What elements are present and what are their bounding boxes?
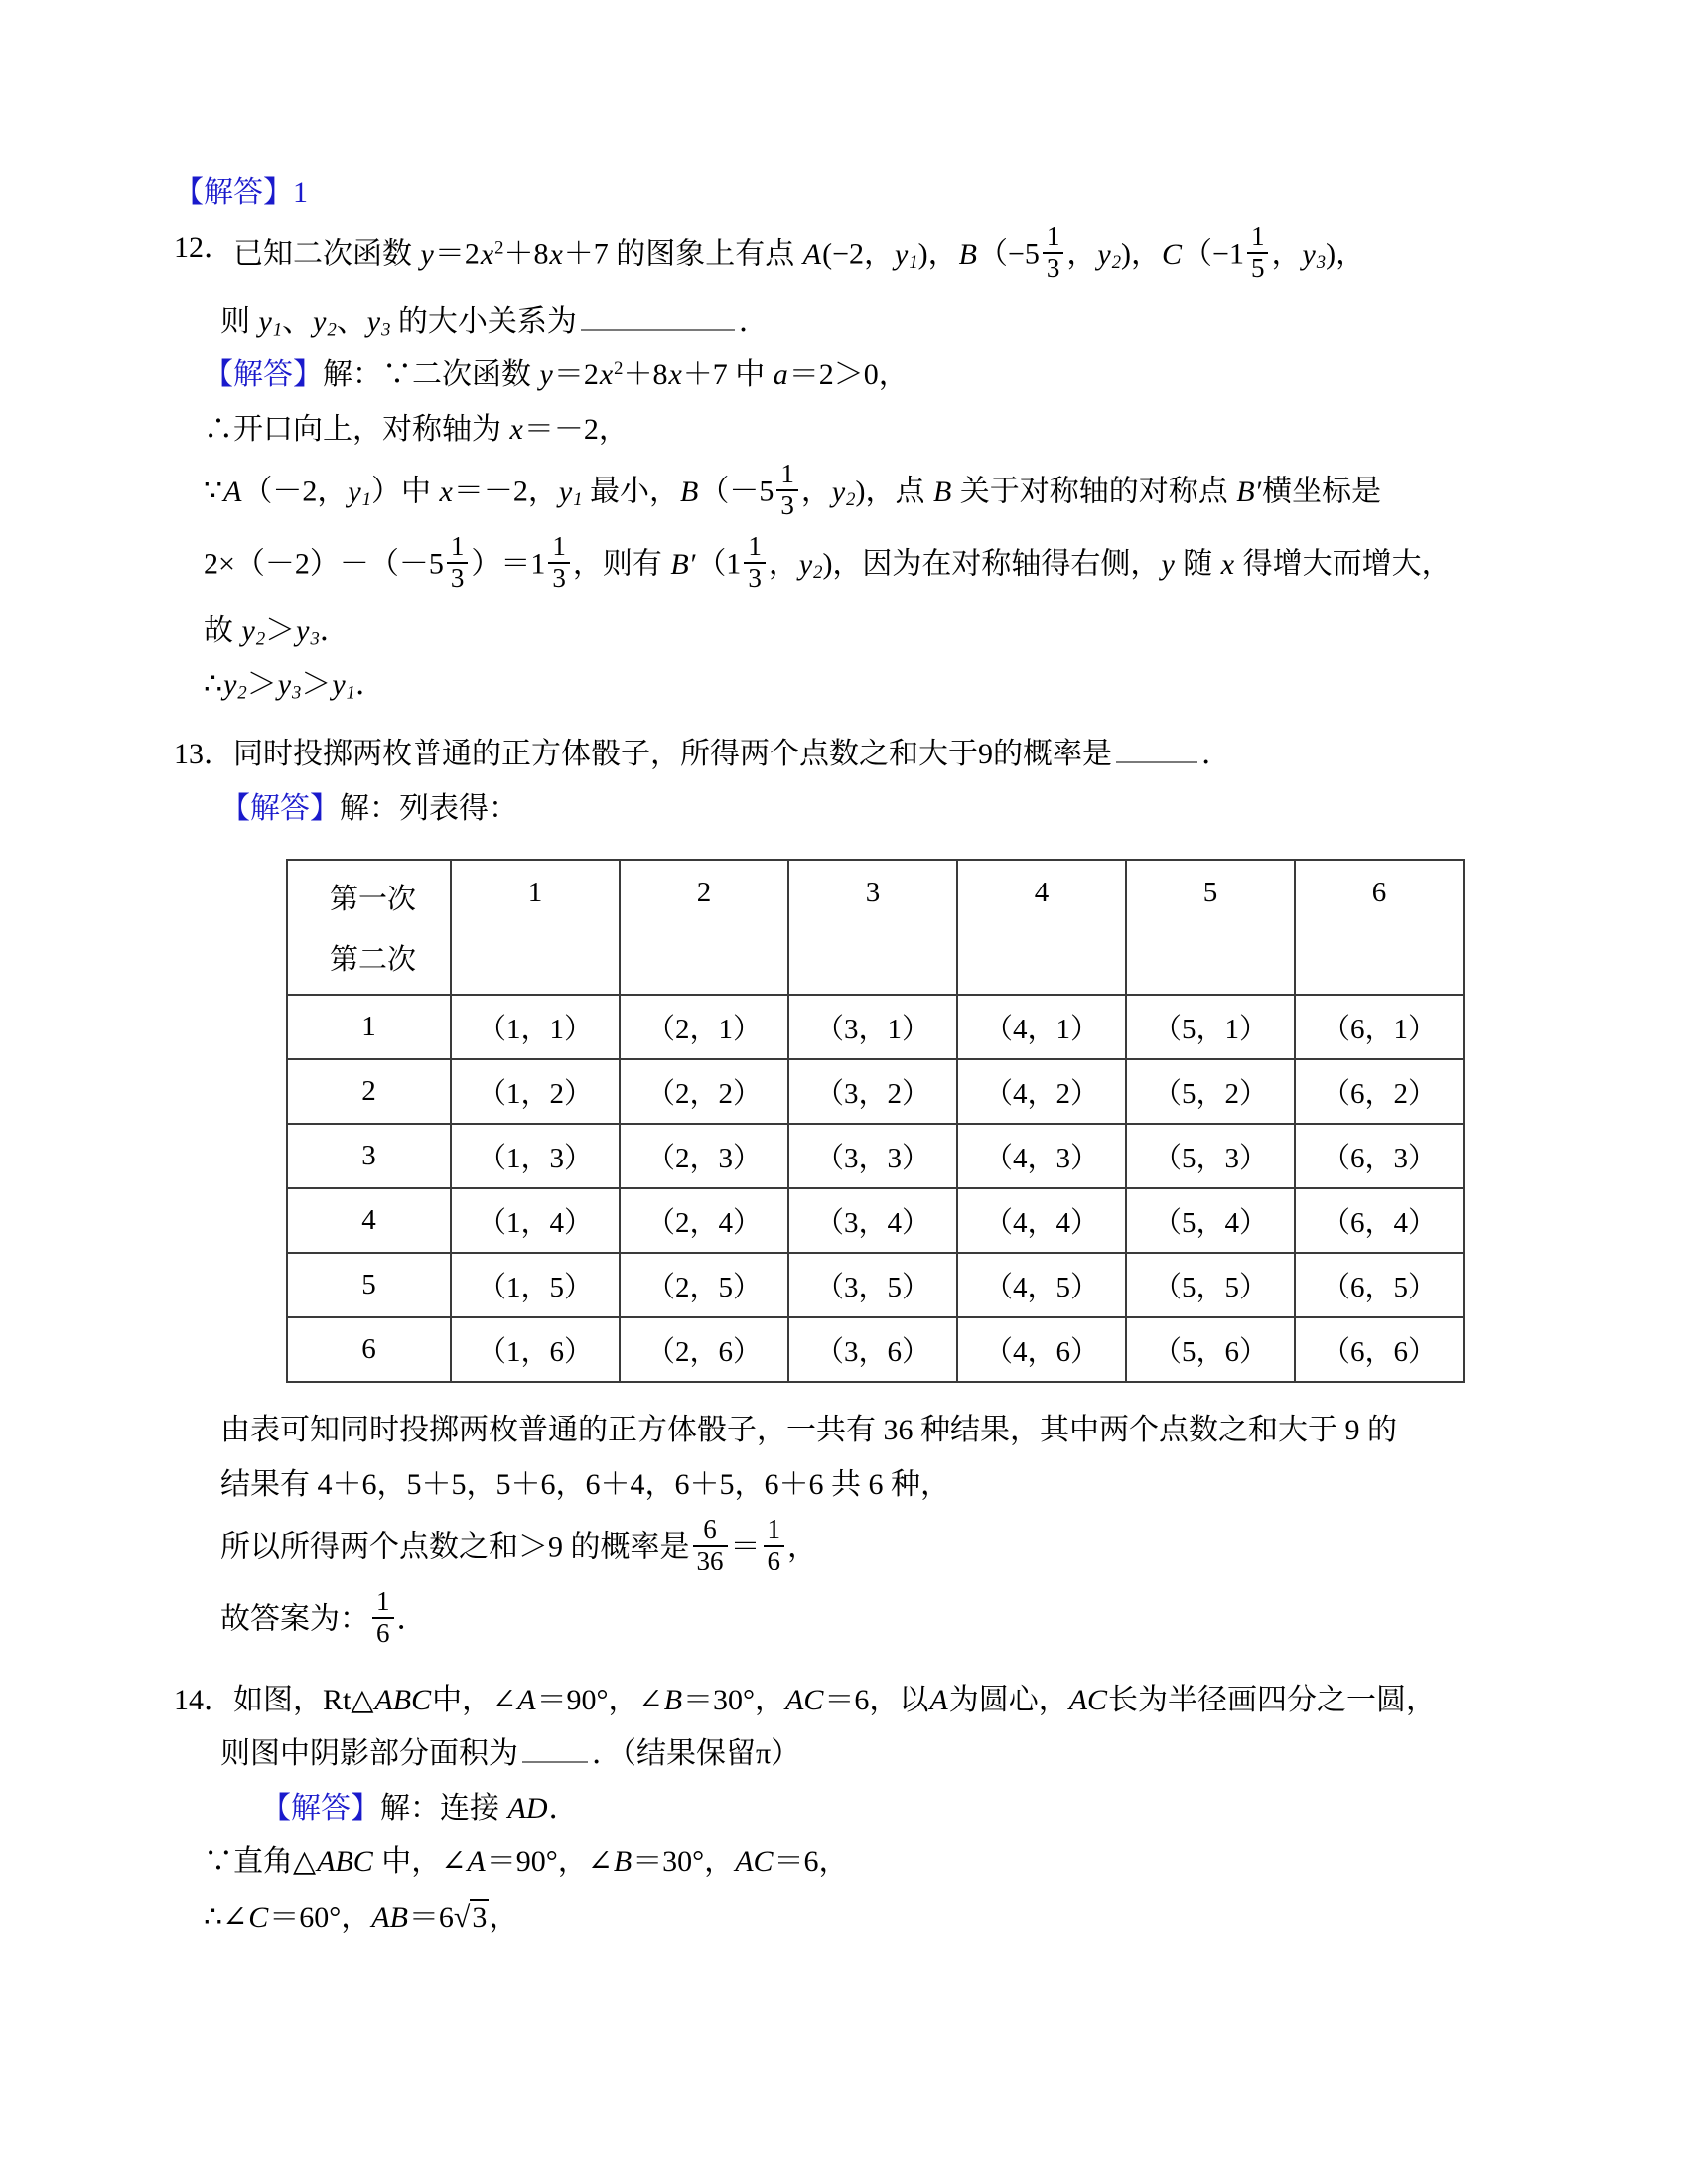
math-variable: x [599,358,614,391]
answer-header: 【解答】1 [174,171,1539,214]
text-run: ＝2 [554,358,599,391]
subscript: 1 [273,319,282,340]
table-col-header: 1 [451,860,620,995]
text-run: ， [787,1531,817,1564]
text-run: ）＝1 [471,548,545,581]
math-variable: y [1096,238,1111,271]
math-variable: x [667,358,682,391]
fraction: 636 [693,1515,728,1575]
fraction-denominator: 5 [1247,254,1269,284]
text-run: 横坐标是 [1262,476,1381,508]
math-variable: B′ [1235,476,1262,508]
table-cell: （3，5） [788,1253,957,1317]
table-cell: （4，3） [957,1124,1126,1188]
table-corner-inner: 第一次第二次 [288,861,450,994]
table-cell: （6，1） [1295,995,1464,1059]
text-line: 13．同时投掷两枚普通的正方体骰子，所得两个点数之和大于9的概率是． [174,733,1539,776]
fraction-denominator: 3 [548,564,570,594]
subscript: 2 [237,683,246,704]
text-run: ＝6 [409,1901,454,1934]
table-cell: （1，3） [451,1124,620,1188]
text-run: )， [1121,238,1161,271]
math-variable: x [439,476,454,508]
table-cell: （6，3） [1295,1124,1464,1188]
text-run: 长为半径画四分之一圆， [1108,1684,1436,1716]
math-variable: y [241,614,256,647]
subscript: 1 [573,489,582,510]
text-line: 所以所得两个点数之和＞9 的概率是636＝16， [174,1519,1539,1579]
line-body: 同时投掷两枚普通的正方体骰子，所得两个点数之和大于9的概率是． [233,733,1539,776]
math-variable: AC [734,1845,774,1878]
math-variable: A [466,1845,486,1878]
text-run: ＞ [301,668,331,701]
question-13: 13．同时投掷两枚普通的正方体骰子，所得两个点数之和大于9的概率是．【解答】解：… [174,733,1539,1652]
math-variable: A [802,238,822,271]
fraction-numerator: 1 [447,532,469,564]
text-line: ∴∠C＝60°，AB＝6√3， [174,1896,1539,1940]
corner-label-second-throw: 第二次 [330,937,450,978]
question-12: 12．已知二次函数 y＝2x2＋8x＋7 的图象上有点 A(−2，y1)，B（−… [174,226,1539,707]
math-variable: B [613,1845,633,1878]
text-run: ∵ [204,476,222,508]
text-run: ＝30°， [633,1845,734,1878]
solution-label: 【解答】 [204,358,323,391]
math-variable: B′ [669,548,696,581]
question-number: 13． [174,733,233,776]
math-variable: y [1301,238,1316,271]
text-line: 故答案为：16． [174,1591,1539,1652]
subscript: 3 [381,319,390,340]
answer-header-value: 1 [293,176,308,208]
table-cell: （4，4） [957,1188,1126,1253]
dice-outcome-table: 第一次第二次1234561（1，1）（2，1）（3，1）（4，1）（5，1）（6… [286,859,1465,1383]
math-variable: y [295,614,310,647]
fraction-numerator: 6 [693,1515,728,1547]
text-run: 中，∠ [432,1684,516,1716]
text-run: ＋7 的图象上有点 [564,238,802,271]
text-run: )，因为在对称轴得右侧， [822,548,1160,581]
table-row: 1（1，1）（2，1）（3，1）（4，1）（5，1）（6，1） [287,995,1464,1059]
subscript: 3 [310,628,319,649]
fraction-numerator: 1 [776,460,798,491]
question-14: 14．如图，Rt△ABC中，∠A＝90°，∠B＝30°，AC＝6，以A为圆心，A… [174,1679,1539,1941]
line-body: 已知二次函数 y＝2x2＋8x＋7 的图象上有点 A(−2，y1)，B（−513… [233,226,1539,287]
math-variable: y [366,305,381,338]
table-cell: （1，5） [451,1253,620,1317]
fraction-numerator: 1 [1247,222,1269,254]
text-run: ＝90°，∠ [537,1684,663,1716]
table-cell: （4，5） [957,1253,1126,1317]
fraction-denominator: 3 [447,564,469,594]
table-cell: （4，1） [957,995,1126,1059]
table-cell: （1，1） [451,995,620,1059]
math-variable: y [347,476,361,508]
text-line: ∴开口向上，对称轴为 x＝－2， [174,408,1539,452]
table-col-header: 6 [1295,860,1464,995]
text-run: 解：列表得： [340,792,518,825]
table-cell: （5，2） [1126,1059,1295,1124]
text-run: )， [918,238,958,271]
table-col-header: 2 [620,860,788,995]
text-run: ＝6，以 [824,1684,928,1716]
document-page: 【解答】1 12．已知二次函数 y＝2x2＋8x＋7 的图象上有点 A(−2，y… [0,0,1688,2184]
table-cell: （5，5） [1126,1253,1295,1317]
text-run: ＝90°，∠ [487,1845,613,1878]
table-row-header: 1 [287,995,451,1059]
table-cell: （2，5） [620,1253,788,1317]
text-run: （−1 [1183,238,1244,271]
text-run: 同时投掷两枚普通的正方体骰子，所得两个点数之和大于9的概率是 [233,738,1112,770]
text-run: )，点 [855,476,932,508]
answer-blank [522,1759,588,1763]
math-variable: a [773,358,789,391]
text-run: ＋8 [623,358,667,391]
table-cell: （2，3） [620,1124,788,1188]
math-variable: y [258,305,273,338]
text-run: ＝－2， [454,476,558,508]
text-run: ＝－2， [524,413,629,446]
fraction: 13 [1043,222,1064,283]
text-run: 最小， [583,476,680,508]
text-line: 故 y2＞y3． [174,610,1539,653]
math-variable: ABC [316,1845,374,1878]
fraction: 15 [1247,222,1269,283]
text-run: ＞ [247,668,277,701]
table-row: 5（1，5）（2，5）（3，5）（4，5）（5，5）（6，5） [287,1253,1464,1317]
text-run: ， [1066,238,1096,271]
question-13-statement: 13．同时投掷两枚普通的正方体骰子，所得两个点数之和大于9的概率是．【解答】解：… [174,733,1539,831]
text-run: ∴ [204,668,222,701]
math-variable: A [222,476,242,508]
text-run: 、 [337,305,366,338]
math-variable: y [1160,548,1175,581]
text-line: 由表可知同时投掷两枚普通的正方体骰子，一共有 36 种结果，其中两个点数之和大于… [174,1409,1539,1452]
fraction: 13 [548,532,570,593]
table-row-header: 5 [287,1253,451,1317]
table-cell: （5，6） [1126,1317,1295,1382]
text-run: ． [320,614,350,647]
text-run: 如图，Rt△ [233,1684,373,1716]
math-variable: x [548,238,563,271]
text-run: 关于对称轴的对称点 [952,476,1235,508]
subscript: 1 [909,253,917,274]
text-run: （−5 [978,238,1040,271]
math-variable: C [1161,238,1183,271]
text-run: 故 [204,614,241,647]
solution-label: 【解答】 [261,1792,380,1825]
text-run: ＋7 中 [683,358,773,391]
table-body: 1（1，1）（2，1）（3，1）（4，1）（5，1）（6，1）2（1，2）（2，… [287,995,1464,1382]
text-run: ． [549,1792,579,1825]
fraction-denominator: 6 [764,1547,785,1576]
text-line: ∴y2＞y3＞y1． [174,663,1539,707]
text-run: 则图中阴影部分面积为 [220,1737,518,1770]
math-variable: x [480,238,494,271]
math-variable: B [958,238,978,271]
question-number: 14． [174,1679,233,1722]
text-run: 、 [282,305,312,338]
text-run: 由表可知同时投掷两枚普通的正方体骰子，一共有 36 种结果，其中两个点数之和大于… [220,1414,1397,1446]
text-run: )， [1326,238,1365,271]
table-col-header: 4 [957,860,1126,995]
subscript: 1 [347,683,355,704]
fraction-numerator: 1 [1043,222,1064,254]
fraction-numerator: 1 [764,1515,785,1547]
dice-outcome-table-wrap: 第一次第二次1234561（1，1）（2，1）（3，1）（4，1）（5，1）（6… [174,859,1539,1383]
answer-header-label: 【解答】 [174,176,293,208]
text-run: ＝60°， [269,1901,370,1934]
text-run: ， [801,476,831,508]
fraction-numerator: 1 [372,1587,394,1619]
subscript: 3 [1317,253,1326,274]
math-variable: y [558,476,573,508]
text-run: 中，∠ [374,1845,467,1878]
text-run: ． [355,668,385,701]
math-variable: y [831,476,846,508]
fraction: 13 [776,460,798,520]
text-run: ＞ [265,614,295,647]
math-variable: y [539,358,554,391]
text-run: ， [769,548,798,581]
text-run: ＝2 [435,238,480,271]
text-run: （1 [696,548,741,581]
table-row: 6（1，6）（2，6）（3，6）（4，6）（5，6）（6，6） [287,1317,1464,1382]
text-run: ＝2＞0， [789,358,909,391]
text-run: 得增大而增大， [1235,548,1452,581]
math-variable: y [312,305,327,338]
text-run: 则 [220,305,258,338]
subscript: 1 [362,489,371,510]
text-run: ）中 [371,476,439,508]
text-run: （－2， [242,476,347,508]
text-run: ，则有 [573,548,670,581]
math-variable: B [663,1684,683,1716]
text-line: 12．已知二次函数 y＝2x2＋8x＋7 的图象上有点 A(−2，y1)，B（−… [174,226,1539,287]
text-run: (−2， [822,238,894,271]
fraction-denominator: 36 [693,1547,728,1576]
table-cell: （1，6） [451,1317,620,1382]
fraction-numerator: 1 [744,532,766,564]
text-run: （－5 [699,476,774,508]
solution-label: 【解答】 [220,792,340,825]
fraction: 16 [764,1515,785,1575]
math-variable: AC [1068,1684,1108,1716]
fraction-denominator: 6 [372,1619,394,1649]
text-run: ， [489,1901,518,1934]
text-line: 【解答】解：列表得： [174,787,1539,831]
text-run: ＋8 [503,238,548,271]
math-variable: A [516,1684,536,1716]
subscript: 2 [1112,253,1121,274]
text-run: 为圆心， [949,1684,1068,1716]
text-run: ＝ [731,1531,761,1564]
table-cell: （4，6） [957,1317,1126,1382]
fraction-denominator: 3 [744,564,766,594]
math-variable: x [1220,548,1235,581]
text-run: ．（结果保留π） [592,1737,800,1770]
math-variable: B [932,476,952,508]
table-col-header: 3 [788,860,957,995]
text-line: ∵直角△ABC 中，∠A＝90°，∠B＝30°，AC＝6， [174,1841,1539,1884]
table-row-header: 6 [287,1317,451,1382]
text-run: ． [397,1603,427,1636]
sqrt-expression: √3 [454,1899,489,1934]
math-variable: ABC [373,1684,432,1716]
table-cell: （2，6） [620,1317,788,1382]
table-cell: （3，2） [788,1059,957,1124]
table-cell: （6，5） [1295,1253,1464,1317]
table-header-row: 第一次第二次123456 [287,860,1464,995]
math-variable: y [798,548,813,581]
table-cell: （6，4） [1295,1188,1464,1253]
math-variable: y [894,238,909,271]
fraction: 13 [744,532,766,593]
text-run: ． [739,305,769,338]
text-run: ∵直角△ [204,1845,316,1878]
table-cell: （5，4） [1126,1188,1295,1253]
math-variable: y [420,238,435,271]
table-cell: （2，1） [620,995,788,1059]
answer-blank [581,327,735,331]
table-head: 第一次第二次123456 [287,860,1464,995]
math-variable: A [928,1684,948,1716]
table-cell: （1，4） [451,1188,620,1253]
table-corner-cell: 第一次第二次 [287,860,451,995]
text-line: 【解答】解：连接 AD． [174,1787,1539,1831]
table-row: 3（1，3）（2，3）（3，3）（4，3）（5，3）（6，3） [287,1124,1464,1188]
fraction-numerator: 1 [548,532,570,564]
question-number: 12． [174,226,233,287]
math-variable: y [277,668,292,701]
text-run: 解：连接 [380,1792,507,1825]
math-variable: C [247,1901,269,1934]
radicand: 3 [470,1899,489,1934]
text-line: 结果有 4＋6，5＋5，5＋6，6＋4，6＋5，6＋6 共 6 种， [174,1463,1539,1507]
text-run: 2×（－2）－（－5 [204,548,444,581]
subscript: 2 [256,628,265,649]
math-variable: y [331,668,346,701]
table-cell: （4，2） [957,1059,1126,1124]
answer-blank [1116,759,1197,763]
table-cell: （1，2） [451,1059,620,1124]
text-run: 结果有 4＋6，5＋5，5＋6，6＋4，6＋5，6＋6 共 6 种， [220,1468,950,1501]
text-run: 已知二次函数 [233,238,420,271]
math-variable: y [222,668,237,701]
table-row: 2（1，2）（2，2）（3，2）（4，2）（5，2）（6，2） [287,1059,1464,1124]
text-line: 2×（－2）－（－513）＝113，则有 B′（113，y2)，因为在对称轴得右… [174,536,1539,597]
table-cell: （2，4） [620,1188,788,1253]
math-variable: x [509,413,524,446]
math-variable: AD [507,1792,549,1825]
table-col-header: 5 [1126,860,1295,995]
text-line: 【解答】解：∵二次函数 y＝2x2＋8x＋7 中 a＝2＞0， [174,353,1539,397]
table-row-header: 4 [287,1188,451,1253]
table-cell: （3，3） [788,1124,957,1188]
text-run: ∴开口向上，对称轴为 [204,413,509,446]
subscript: 2 [327,319,336,340]
text-run: ＝6， [774,1845,849,1878]
text-run: ． [1201,738,1231,770]
table-cell: （3，4） [788,1188,957,1253]
fraction: 16 [372,1587,394,1648]
table-cell: （5，1） [1126,995,1295,1059]
table-cell: （6，2） [1295,1059,1464,1124]
text-run: ＝30°， [683,1684,784,1716]
table-cell: （3，6） [788,1317,957,1382]
table-row: 4（1，4）（2，4）（3，4）（4，4）（5，4）（6，4） [287,1188,1464,1253]
math-variable: AB [370,1901,409,1934]
text-run: ， [1271,238,1301,271]
text-line: ∵A（－2，y1）中 x＝－2，y1 最小，B（－513，y2)，点 B 关于对… [174,464,1539,524]
fraction-denominator: 3 [1043,254,1064,284]
text-run: 所以所得两个点数之和＞9 的概率是 [220,1531,690,1564]
table-cell: （2，2） [620,1059,788,1124]
text-run: 的大小关系为 [390,305,577,338]
text-run: ∴∠ [204,1901,247,1934]
table-cell: （6，6） [1295,1317,1464,1382]
math-variable: AC [784,1684,824,1716]
text-line: 14．如图，Rt△ABC中，∠A＝90°，∠B＝30°，AC＝6，以A为圆心，A… [174,1679,1539,1722]
table-row-header: 2 [287,1059,451,1124]
question-13-conclusion: 由表可知同时投掷两枚普通的正方体骰子，一共有 36 种结果，其中两个点数之和大于… [174,1409,1539,1653]
fraction-denominator: 3 [776,491,798,521]
text-run: 故答案为： [220,1603,369,1636]
math-variable: B [679,476,699,508]
table-row-header: 3 [287,1124,451,1188]
text-run: 解：∵二次函数 [323,358,539,391]
text-run: 随 [1176,548,1220,581]
text-line: 则 y1、y2、y3 的大小关系为． [174,300,1539,343]
fraction: 13 [447,532,469,593]
text-line: 则图中阴影部分面积为．（结果保留π） [174,1732,1539,1776]
corner-label-first-throw: 第一次 [330,877,450,917]
table-cell: （5，3） [1126,1124,1295,1188]
table-cell: （3，1） [788,995,957,1059]
line-body: 如图，Rt△ABC中，∠A＝90°，∠B＝30°，AC＝6，以A为圆心，AC长为… [233,1679,1539,1722]
subscript: 3 [292,683,301,704]
